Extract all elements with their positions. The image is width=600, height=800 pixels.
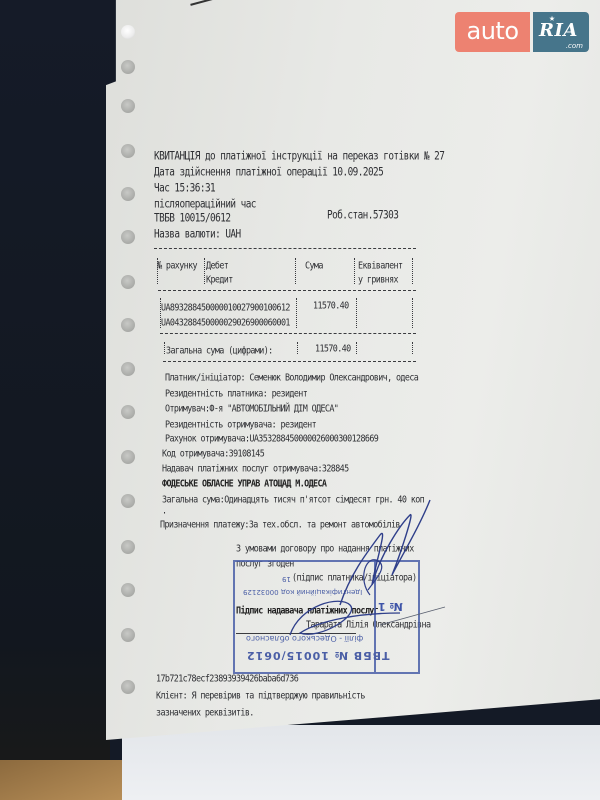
perforation-hole	[121, 540, 135, 554]
perforation-hole	[121, 275, 135, 289]
recipient-bank: ФОДЕСЬКЕ ОБЛАСНЕ УПРАВ АТОЩАД М.ОДЕСА	[162, 476, 326, 490]
perforation-hole	[121, 99, 135, 113]
table-column-separator	[295, 258, 296, 284]
total-amount: 11570.40	[315, 341, 351, 355]
header-account: № рахунку	[157, 258, 197, 272]
recipient-code: Код отримувача:39108145	[162, 446, 264, 460]
total-label: Загальна сума (цифрами):	[166, 343, 273, 357]
table-column-separator	[297, 342, 298, 354]
stamp-id-line: Ідентифікаційний код 00032129	[243, 588, 362, 596]
header-debit: Дебет	[206, 258, 228, 272]
payer-residency: Резидентність платника: резидент	[165, 386, 307, 400]
table-divider	[154, 248, 416, 249]
table-column-separator	[354, 258, 355, 284]
recipient-account: Рахунок отримувача:UA3532884500000260003…	[165, 431, 378, 445]
table-column-separator	[412, 342, 413, 354]
perforation-hole	[121, 60, 135, 74]
recipient: Отримувач:Ф-я "АВТОМОБІЛЬНИЙ ДІМ ОДЕСА"	[165, 401, 338, 415]
recipient-residency: Резидентність отримувача: резидент	[165, 417, 316, 431]
currency-name: Назва валюти: UAH	[154, 228, 241, 242]
perforation-hole	[121, 362, 135, 376]
receipt-title: КВИТАНЦІЯ до платіжної інструкції на пер…	[154, 150, 444, 164]
perforation-hole	[121, 680, 135, 694]
wooden-surface	[0, 760, 125, 800]
header-equivalent-uah: у гривнях	[358, 272, 398, 286]
perforation-hole	[121, 187, 135, 201]
table-column-separator	[356, 298, 357, 328]
client-confirmation-line-1: Клієнт: Я перевірив та підтверджую прави…	[156, 688, 365, 702]
client-confirmation-line-2: зазначених реквізитів.	[156, 705, 254, 719]
total-in-words-tail: .	[162, 503, 166, 517]
branch-id: ТВБВ 10015/0612	[154, 212, 230, 226]
table-row-account: UA893288450000010027900100612	[161, 300, 290, 314]
perforation-hole	[121, 583, 135, 597]
payment-purpose: Призначення платежу:За тех.обсл. та ремо…	[160, 517, 400, 531]
operation-time: Час 15:36:31	[154, 182, 215, 196]
table-divider	[158, 290, 416, 291]
header-equivalent: Еквівалент	[358, 258, 402, 272]
operation-date: Дата здійснення платіжної операції 10.09…	[154, 166, 383, 180]
workstation-id: Роб.стан.57303	[327, 209, 398, 223]
stamp-filial-line: філії - Одеського обласного	[246, 634, 363, 643]
table-column-separator	[296, 298, 297, 328]
recipient-psp: Надавач платіжних послуг отримувача:3288…	[162, 461, 349, 475]
dark-background	[0, 0, 110, 800]
perforation-hole	[121, 450, 135, 464]
table-row-amount: 11570.40	[313, 298, 349, 312]
logo-com-text: .com	[566, 42, 583, 50]
logo-auto-part: auto	[455, 12, 530, 52]
logo-ria-part: ★ RIA .com	[533, 12, 589, 52]
perforation-hole	[121, 405, 135, 419]
header-amount: Сума	[305, 258, 323, 272]
autoria-watermark-logo: auto ★ RIA .com	[455, 12, 589, 54]
table-column-separator	[356, 342, 357, 354]
stamp-id-line-2: 19	[282, 575, 291, 583]
perforation-hole	[121, 494, 135, 508]
table-row-account: UA043288450000029026900060001	[161, 315, 290, 329]
header-credit: Кредит	[206, 272, 233, 286]
perforation-hole	[121, 628, 135, 642]
table-column-separator	[160, 298, 161, 328]
table-divider	[163, 361, 416, 362]
payer: Платник/ініціатор: Семенюк Володимир Оле…	[165, 370, 418, 384]
table-column-separator	[204, 258, 205, 284]
stamp-number: № 1	[378, 600, 403, 613]
document-hash: 17b721c78ecf23893939426baba6d736	[156, 671, 298, 685]
table-divider	[160, 333, 416, 334]
table-column-separator	[412, 298, 413, 328]
perforation-hole	[121, 230, 135, 244]
table-column-separator	[164, 342, 165, 354]
stamp-branch-line: ТВБВ № 10015/0612	[246, 649, 389, 662]
perforation-hole	[121, 25, 135, 39]
total-in-words: Загальна сума:Одинадцять тисяч п'ятсот с…	[162, 492, 424, 506]
perforation-hole	[121, 318, 135, 332]
table-column-separator	[157, 258, 158, 284]
perforation-hole	[121, 144, 135, 158]
table-column-separator	[412, 258, 413, 284]
post-operation-label: післяопераційний час	[154, 198, 256, 212]
agreement-line-1: З умовами договору про надання платіжних	[236, 541, 414, 555]
underlying-paper-sheet	[122, 725, 600, 800]
logo-ria-text: RIA	[539, 20, 578, 41]
